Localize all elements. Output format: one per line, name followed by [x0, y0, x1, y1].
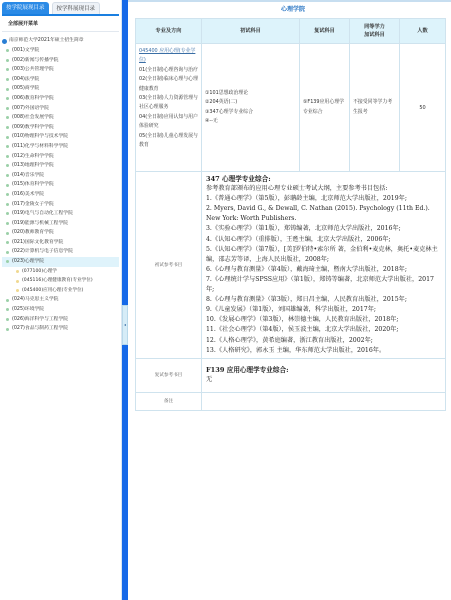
tree-item-college[interactable]: (026)海洋科学与工程学院: [2, 315, 119, 325]
tree-item-college[interactable]: (005)商学院: [2, 84, 119, 94]
retest-refs-label: 复试参考书目: [136, 358, 202, 392]
tree-item-college[interactable]: (008)社会发展学院: [2, 113, 119, 123]
bullet-icon: [6, 241, 9, 244]
tree-item-college[interactable]: (025)环境学院: [2, 305, 119, 315]
bullet-icon: [6, 107, 9, 110]
tree-item-label: (006)教育科学学院: [12, 94, 54, 104]
tree-item-label: (019)能源与机械工程学院: [12, 219, 68, 229]
main-content: 心理学院 专业及方向 初试科目 复试科目 同等学力 加试科目 人数 045400…: [135, 0, 451, 600]
tree-item-major[interactable]: (077100)心理学: [2, 267, 119, 277]
header-equivalent: 同等学力 加试科目: [350, 19, 400, 44]
initial-refs-label: 初试参考书目: [136, 172, 202, 359]
direction-4: 04(全日制)应用认知与用户体验研究: [139, 113, 198, 132]
bullet-icon: [6, 260, 9, 263]
direction-1: 01(全日制)心理咨询与治疗: [139, 66, 198, 75]
initial-exam-2: ②204英语(二): [205, 98, 296, 107]
tree-item-label: (020)教师教育学院: [12, 228, 54, 238]
reference-item: 5.《认知心理学》（第7版），[美]罗伯特•索尔所 著，金伯利•麦克林，奥托•麦…: [206, 245, 441, 265]
bullet-icon: [6, 145, 9, 148]
bullet-icon: [6, 97, 9, 100]
tree-item-college[interactable]: (019)能源与机械工程学院: [2, 219, 119, 229]
initial-exam-3: ③347心理学专业综合: [205, 108, 296, 117]
bullet-icon: [6, 222, 9, 225]
reference-item: 12.《人格心理学》，黄希庭编著，浙江教育出版社，2002年;: [206, 336, 441, 346]
tree-item-college[interactable]: (020)教师教育学院: [2, 228, 119, 238]
tree-item-label: (012)生命科学学院: [12, 152, 54, 162]
left-panel: 按学院展现目录 按学科展现目录 全部展开菜单 南京师范大学2021年硕士招生简章…: [0, 0, 122, 600]
tree-item-label: (005)商学院: [12, 84, 39, 94]
tree-item-label: (008)社会发展学院: [12, 113, 54, 123]
tree-item-label: (016)美术学院: [12, 190, 44, 200]
initial-exam-1: ①101思想政治理论: [205, 89, 296, 98]
program-table: 专业及方向 初试科目 复试科目 同等学力 加试科目 人数 045400 应用心理…: [135, 18, 446, 411]
bullet-icon: [6, 184, 9, 187]
tree-item-college[interactable]: (010)物理科学与技术学院: [2, 132, 119, 142]
college-tree: 南京师范大学2021年硕士招生简章 (001)文学院(002)新闻与传播学院(0…: [0, 32, 121, 338]
retest-refs-body: 无: [206, 375, 441, 385]
notes-cell: [202, 392, 446, 410]
reference-item: 9.《儿童发展》（第1版），刘国雄编著，科学出版社，2017年;: [206, 305, 441, 315]
tree-root[interactable]: 南京师范大学2021年硕士招生简章: [2, 36, 119, 46]
bullet-icon: [6, 308, 9, 311]
tree-item-college[interactable]: (016)美术学院: [2, 190, 119, 200]
bullet-icon: [6, 193, 9, 196]
header-equivalent-line1: 同等学力: [350, 23, 399, 31]
bullet-icon: [6, 212, 9, 215]
major-code-link[interactable]: 045400 应用心理(专业学位): [139, 48, 195, 63]
tree-item-label: (045400)应用心理(专业学位): [22, 286, 83, 296]
college-title: 心理学院: [135, 2, 451, 18]
direction-2: 02(全日制)临床心理与心理健康教育: [139, 75, 198, 94]
bullet-icon: [6, 174, 9, 177]
bullet-icon: [6, 78, 9, 81]
tree-item-label: (002)新闻与传播学院: [12, 56, 58, 66]
header-equivalent-line2: 加试科目: [350, 31, 399, 39]
initial-refs-row: 初试参考书目 347 心理学专业综合: 参考教育部颁布的应用心理专业硕士考试大纲…: [136, 172, 446, 359]
tree-item-college[interactable]: (011)化学与材料科学学院: [2, 142, 119, 152]
tree-item-college[interactable]: (024)马克思主义学院: [2, 295, 119, 305]
header-retest: 复试科目: [300, 19, 350, 44]
tree-root-label: 南京师范大学2021年硕士招生简章: [9, 36, 84, 46]
bullet-icon: [6, 68, 9, 71]
tree-item-label: (021)国际文化教育学院: [12, 238, 63, 248]
reference-item: 3.《实验心理学》（第1版），郑铸编著，北京师范大学出版社，2016年;: [206, 224, 441, 234]
tree-item-label: (027)食品与制药工程学院: [12, 324, 68, 334]
notes-label: 备注: [136, 392, 202, 410]
bullet-icon: [6, 203, 9, 206]
retest-refs-cell: F139 应用心理学专业综合: 无: [202, 358, 446, 392]
reference-item: 8.《心理与教育测量》（第3版），郑日昌主编，人民教育出版社，2015年;: [206, 295, 441, 305]
bullet-icon: [6, 126, 9, 129]
bullet-icon: [6, 251, 9, 254]
bullet-icon: [16, 280, 19, 283]
header-major: 专业及方向: [136, 19, 202, 44]
header-count: 人数: [400, 19, 446, 44]
tree-item-label: (025)环境学院: [12, 305, 44, 315]
reference-item: 10.《发展心理学》（第3版），林崇德主编，人民教育出版社，2018年;: [206, 315, 441, 325]
tree-item-label: (001)文学院: [12, 46, 39, 56]
tree-item-college[interactable]: (001)文学院: [2, 46, 119, 56]
tree-item-label: (045116)心理健康教育(专业学位): [22, 276, 93, 286]
tree-item-label: (077100)心理学: [22, 267, 57, 277]
tree-item-college[interactable]: (015)体育科学学院: [2, 180, 119, 190]
bullet-icon: [16, 270, 19, 273]
tree-item-label: (022)计算机与电子信息学院: [12, 247, 73, 257]
tree-item-label: (009)数学科学学院: [12, 123, 54, 133]
tree-item-college[interactable]: (013)地理科学学院: [2, 161, 119, 171]
tree-item-college[interactable]: (017)金陵女子学院: [2, 200, 119, 210]
bullet-icon: [6, 299, 9, 302]
bullet-icon: [6, 88, 9, 91]
header-initial-exam: 初试科目: [202, 19, 300, 44]
direction-3: 03(全日制)人力资源管理与社区心理服务: [139, 94, 198, 113]
tree-item-label: (013)地理科学学院: [12, 161, 54, 171]
bullet-icon: [6, 155, 9, 158]
initial-exam-4: ④--无: [205, 117, 296, 126]
count-cell: 50: [400, 44, 446, 172]
bullet-icon: [6, 328, 9, 331]
bullet-icon: [6, 136, 9, 139]
initial-exam-cell: ①101思想政治理论 ②204英语(二) ③347心理学专业综合 ④--无: [202, 44, 300, 172]
reference-item: 4.《认知心理学》（重排版），王甦主编，北京大学出版社，2006年;: [206, 235, 441, 245]
expand-all-menu[interactable]: 全部展开菜单: [2, 16, 119, 32]
tree-item-label: (007)外国语学院: [12, 104, 49, 114]
globe-icon: [2, 39, 7, 44]
tree-item-label: (004)法学院: [12, 75, 39, 85]
tree-item-college[interactable]: (014)音乐学院: [2, 171, 119, 181]
tree-item-college[interactable]: (007)外国语学院: [2, 104, 119, 114]
bullet-icon: [16, 289, 19, 292]
tree-item-label: (014)音乐学院: [12, 171, 44, 181]
catalog-tabs: 按学院展现目录 按学科展现目录: [2, 2, 119, 16]
tree-item-label: (011)化学与材料科学学院: [12, 142, 68, 152]
tree-item-label: (010)物理科学与技术学院: [12, 132, 68, 142]
notes-row: 备注: [136, 392, 446, 410]
tree-item-college[interactable]: (012)生命科学学院: [2, 152, 119, 162]
bullet-icon: [6, 164, 9, 167]
bullet-icon: [6, 116, 9, 119]
tree-item-college[interactable]: (004)法学院: [2, 75, 119, 85]
tree-item-college[interactable]: (027)食品与制药工程学院: [2, 324, 119, 334]
tab-by-college[interactable]: 按学院展现目录: [2, 2, 49, 14]
initial-refs-cell: 347 心理学专业综合: 参考教育部颁布的应用心理专业硕士考试大纲，主要参考书目…: [202, 172, 446, 359]
panel-divider[interactable]: [122, 0, 128, 600]
bullet-icon: [6, 59, 9, 62]
bullet-icon: [6, 49, 9, 52]
reference-item: 11.《社会心理学》（第4版），侯玉波主编，北京大学出版社，2020年;: [206, 325, 441, 335]
tree-item-label: (023)心理学院: [12, 257, 44, 267]
tree-item-label: (024)马克思主义学院: [12, 295, 58, 305]
tree-item-major[interactable]: (045400)应用心理(专业学位): [2, 286, 119, 296]
initial-refs-title: 347 心理学专业综合:: [206, 174, 441, 184]
collapse-handle[interactable]: ◂: [122, 305, 128, 345]
tree-item-college[interactable]: (006)教育科学学院: [2, 94, 119, 104]
tree-item-label: (026)海洋科学与工程学院: [12, 315, 68, 325]
initial-refs-intro: 参考教育部颁布的应用心理专业硕士考试大纲，主要参考书目包括:: [206, 184, 441, 194]
tree-item-label: (015)体育科学学院: [12, 180, 54, 190]
equivalent-cell: 不接受同等学力考生报考: [350, 44, 400, 172]
tree-item-college[interactable]: (023)心理学院: [2, 257, 119, 267]
tree-item-college[interactable]: (003)公共管理学院: [2, 65, 119, 75]
reference-item: 6.《心理与教育测量》（第4版），戴海琦主编，暨南大学出版社，2018年;: [206, 265, 441, 275]
major-cell: 045400 应用心理(专业学位) 01(全日制)心理咨询与治疗 02(全日制)…: [136, 44, 202, 172]
direction-5: 05(全日制)儿童心理发展与教育: [139, 132, 198, 151]
reference-item: 2. Myers, David G., & Dewall, C. Nathan …: [206, 204, 441, 224]
tree-item-label: (019)电气与自动化工程学院: [12, 209, 73, 219]
tree-item-college[interactable]: (022)计算机与电子信息学院: [2, 247, 119, 257]
retest-refs-row: 复试参考书目 F139 应用心理学专业综合: 无: [136, 358, 446, 392]
table-header-row: 专业及方向 初试科目 复试科目 同等学力 加试科目 人数: [136, 19, 446, 44]
tab-by-discipline[interactable]: 按学科展现目录: [52, 2, 101, 14]
retest-refs-title: F139 应用心理学专业综合:: [206, 365, 441, 375]
bullet-icon: [6, 232, 9, 235]
collapse-arrow-icon: ◂: [124, 322, 126, 327]
tree-item-college[interactable]: (009)数学科学学院: [2, 123, 119, 133]
tree-item-label: (003)公共管理学院: [12, 65, 54, 75]
reference-item: 13.《人格研究》，郭永玉 主编，华东师范大学出版社，2016年。: [206, 346, 441, 356]
tree-item-college[interactable]: (002)新闻与传播学院: [2, 56, 119, 66]
tree-item-label: (017)金陵女子学院: [12, 200, 54, 210]
tree-item-major[interactable]: (045116)心理健康教育(专业学位): [2, 276, 119, 286]
retest-cell: ⑤F139应用心理学专业综合: [300, 44, 350, 172]
tree-item-college[interactable]: (021)国际文化教育学院: [2, 238, 119, 248]
reference-item: 1.《普通心理学》（第5版），彭聃龄主编，北京师范大学出版社，2019年;: [206, 194, 441, 204]
table-row: 045400 应用心理(专业学位) 01(全日制)心理咨询与治疗 02(全日制)…: [136, 44, 446, 172]
tree-item-college[interactable]: (019)电气与自动化工程学院: [2, 209, 119, 219]
bullet-icon: [6, 318, 9, 321]
reference-item: 7.《心理统计学与SPSS应用》（第1版），郑铸等编著，北京师范大学出版社，20…: [206, 275, 441, 295]
